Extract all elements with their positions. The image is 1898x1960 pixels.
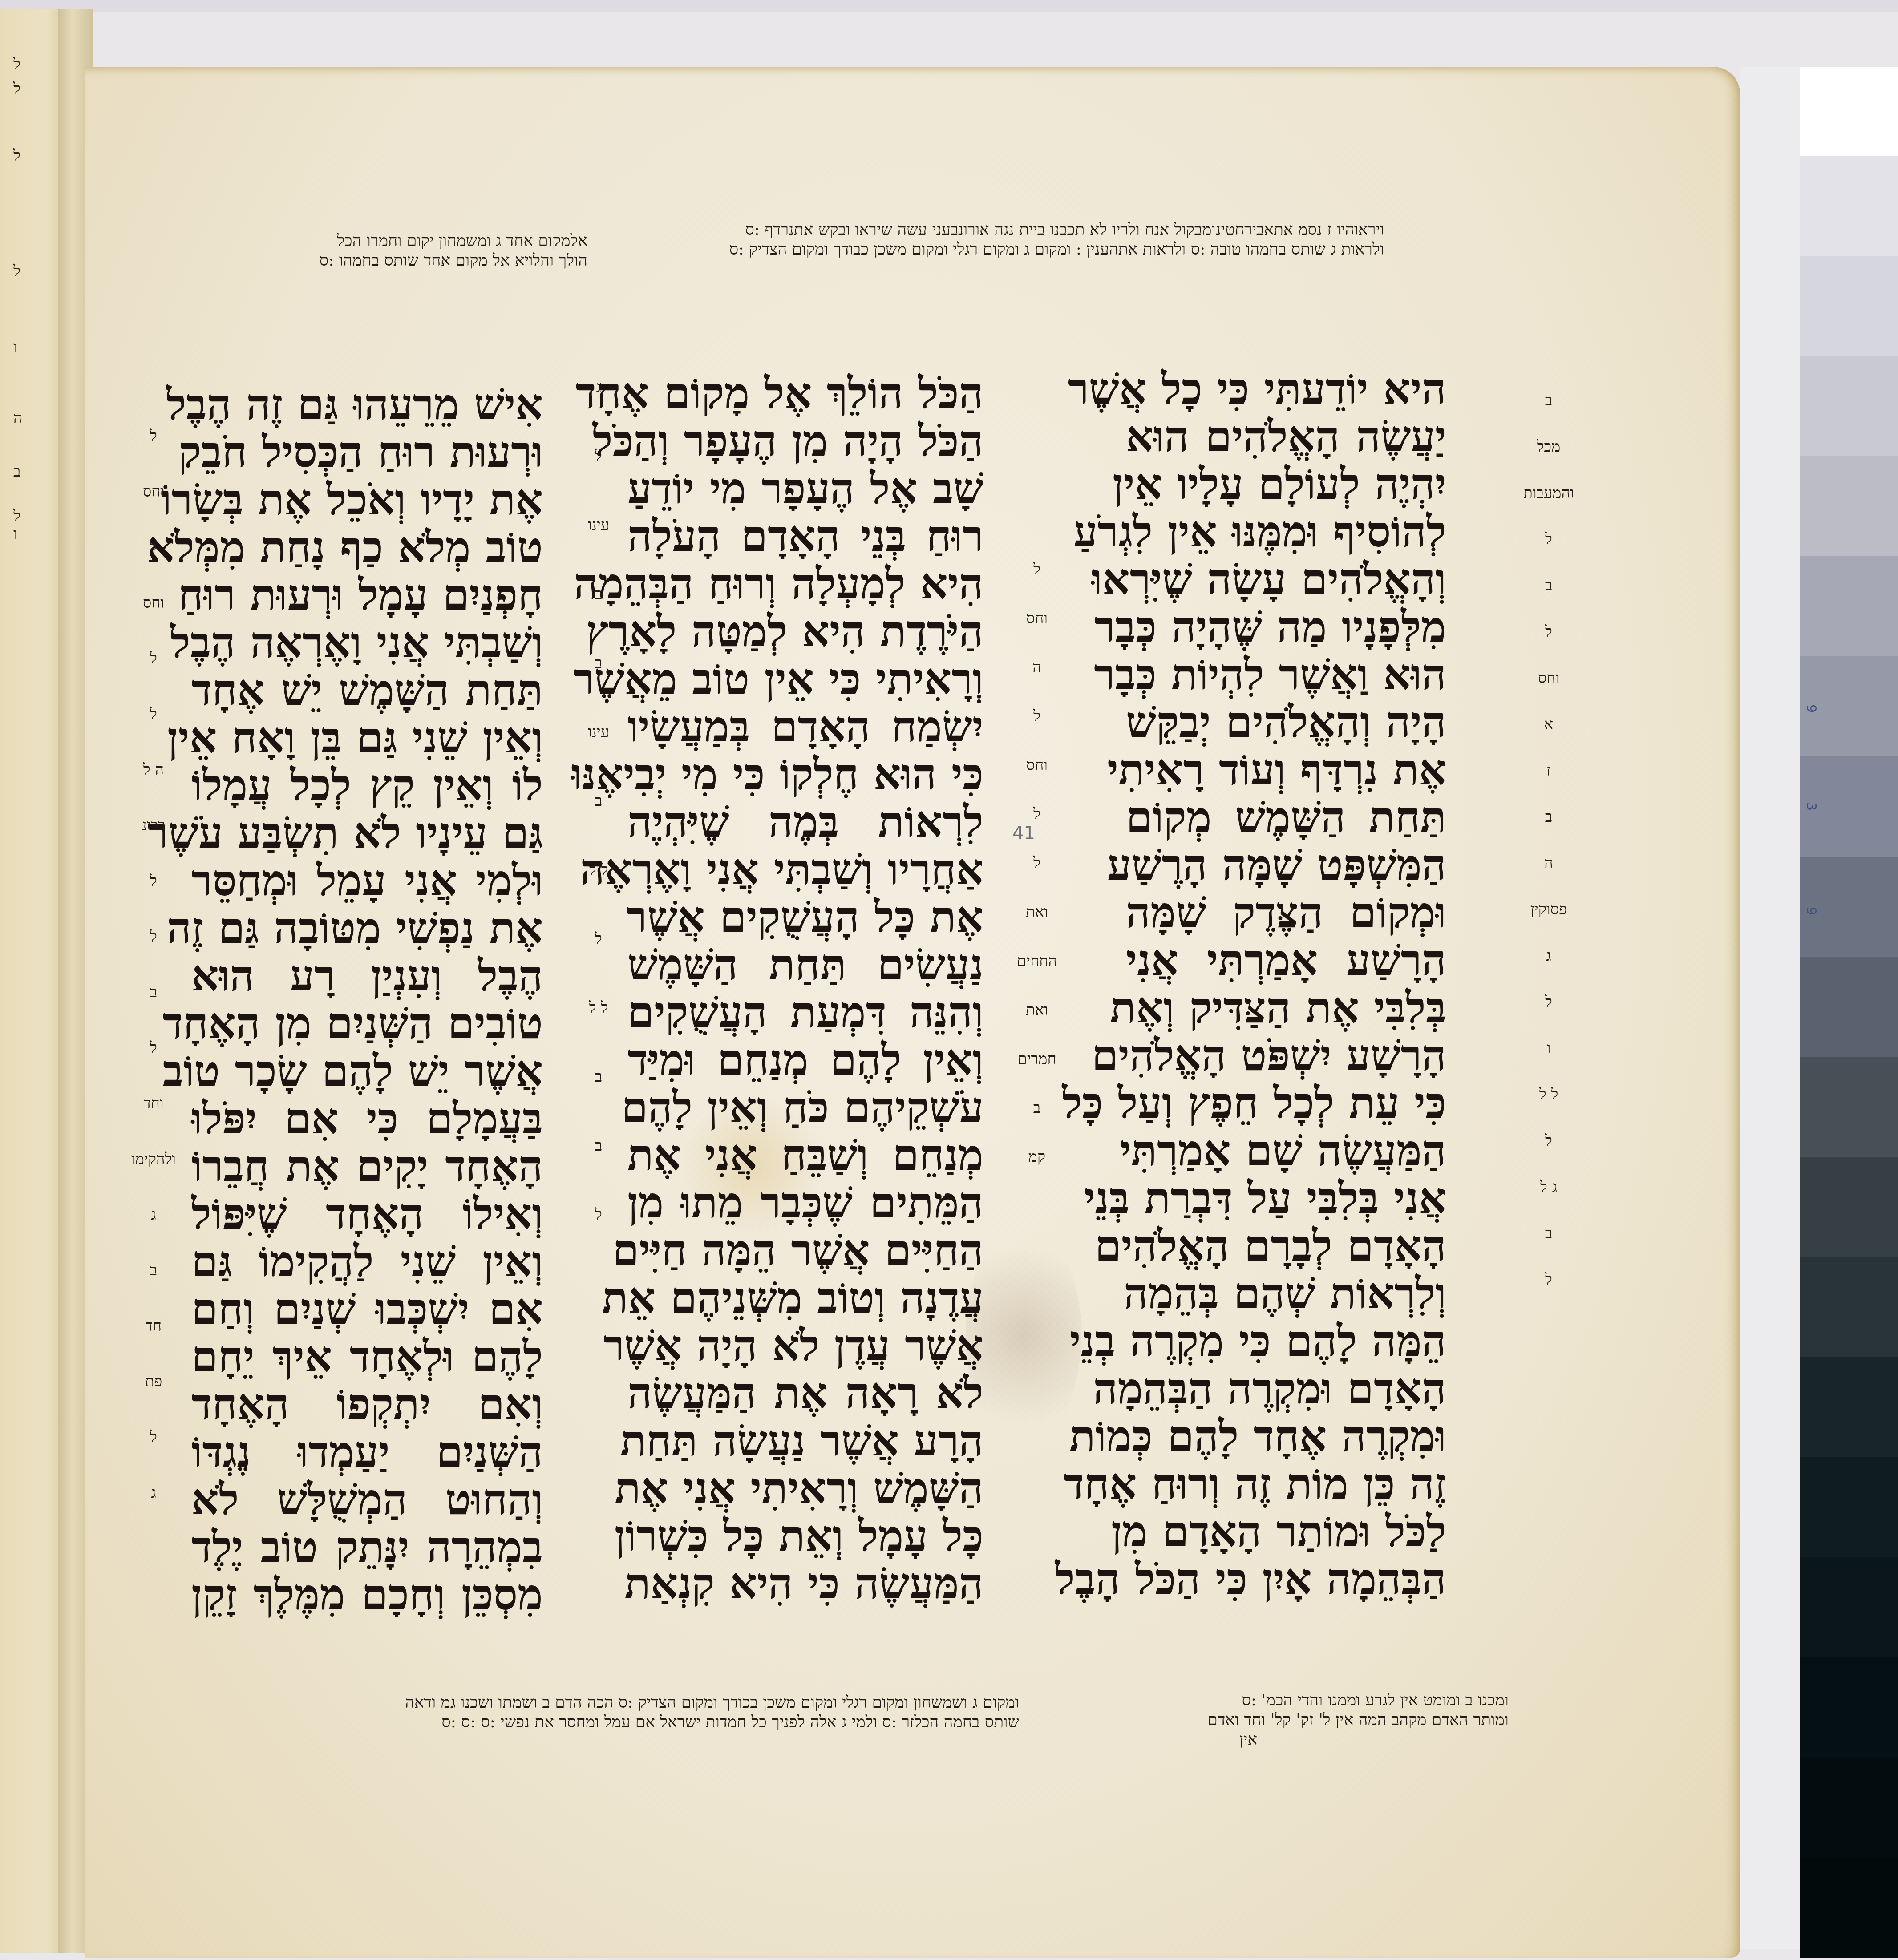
masorah-parva-note: פת [125, 1373, 182, 1407]
masorah-parva-note: ג [125, 1206, 182, 1241]
masorah-parva-note: החחים [1010, 952, 1064, 982]
text-column-right: היא יוֹדֵעתִּי כִּי כָל אֲשֶׁריַעֲשֶׂה ה… [1126, 365, 1446, 1603]
masorah-parva-note: ל [125, 650, 182, 684]
masorah-magna-bottom-right: ומכנו ב ומומט אין לגרע וממנו והדי הכמ' :… [1099, 1691, 1509, 1750]
text-line: וְאֵין שֵׁנִי גַּם בֵּן וָאָח אֵין [191, 714, 543, 761]
text-line: וְאֵין שֵׁנִי לַהֲקִימוֹ גַּם [191, 1237, 543, 1285]
text-line: וְרָאִיתִי כִּי אֵין טוֹב מֵאֲשֶׁר [627, 655, 983, 703]
masorah-parva-note: וחס [1010, 610, 1064, 640]
gray-scale-step [1800, 67, 1898, 156]
masorah-magna-top-left: אלמקום אחד ג ומשמחון יקום וחמרו הכל הולך… [205, 231, 587, 271]
text-line: וְהַחוּט הַמְשֻׁלָּשׁ לֹא [191, 1475, 543, 1523]
gray-scale-step [1800, 957, 1898, 1057]
text-line: הַכֹּל הָיָה מִן הֶעָפָר וְהַכֹּל [627, 417, 983, 465]
text-line: הַמִּשְׁפָּט שָׁמָּה הָרֶשַׁע [1126, 841, 1446, 889]
masorah-parva-note: ל [1010, 561, 1064, 591]
masorah-parva-note: ב [574, 792, 623, 835]
text-line: וְהָאֱלֹהִים עָשָׂה שֶׁיִּרְאוּ [1126, 555, 1446, 603]
prev-page-masorah: ו [13, 525, 17, 543]
text-line: לִרְאוֹת בְּמֶה שֶׁיִּהְיֶה [627, 798, 983, 845]
text-line: אֶת יָדָיו וְאֹכֵל אֶת בְּשָׂרוֹ [191, 476, 543, 523]
masorah-line: ולראות ג שותס בחמהו טובה :ס ולראות אתהענ… [619, 240, 1384, 259]
prev-page-masorah: ל [13, 147, 20, 165]
card-pencil-mark: 9 [1803, 907, 1819, 915]
pencil-folio-number: 41 [1012, 823, 1035, 844]
text-line: אֶת נַפְשִׁי מִטּוֹבָה גַּם זֶה [191, 904, 543, 952]
text-line: הָרָע אֲשֶׁר נַעֲשָׂה תַּחַת [627, 1417, 983, 1464]
masorah-parva-note: ז [1513, 762, 1584, 790]
masorah-line: ויראוהיו ז נסמ אתאבירחטינומבקול אנח ולרי… [619, 220, 1384, 240]
gray-scale-step [1800, 1057, 1898, 1157]
masorah-parva-note: ולהקימו [125, 1150, 182, 1185]
prev-page-masorah: ו [13, 338, 17, 356]
gray-scale-step [1800, 556, 1898, 656]
text-line: טוֹב מְלֹא כַף נָחַת מִמְּלֹא [191, 523, 543, 571]
gray-scale-step [1800, 156, 1898, 256]
masorah-parva-note: ל [1010, 854, 1064, 885]
masorah-parva-note: וחס [125, 594, 182, 629]
text-line: כִּי הוּא חֶלְקוֹ כִּי מִי יְבִיאֶנּוּ [627, 750, 983, 798]
masorah-line: אלמקום אחד ג ומשמחון יקום וחמרו הכל [205, 231, 587, 251]
text-line: מִלְּפָנָיו מַה שֶּׁהָיָה כְּבָר [1126, 603, 1446, 651]
text-line: יִהְיֶה לְעוֹלָם עָלָיו אֵין [1126, 460, 1446, 508]
masorah-parva-note: ל [1513, 1271, 1584, 1299]
masorah-parva-between-right-middle: לוחסהלוחסללואתהחחיםואתחמריםבקמ [1010, 561, 1064, 1197]
text-line: הָרָשַׁע אָמַרְתִּי אֲנִי [1126, 936, 1446, 984]
masorah-parva-note: ב [1513, 577, 1584, 605]
text-line: אֲשֶׁר יֵשׁ לָהֶם שָׂכָר טוֹב [191, 1047, 543, 1095]
text-line: בַּעֲמָלָם כִּי אִם יִפֹּלוּ [191, 1095, 543, 1142]
text-line: יִשְׂמַח הָאָדָם בְּמַעֲשָׂיו [627, 703, 983, 750]
masorah-parva-note: וחס [125, 483, 182, 517]
masorah-parva-note: ב [574, 1068, 623, 1111]
text-line: אֲשֶׁר עֲדֶן לֹא הָיָה אֲשֶׁר [627, 1321, 983, 1369]
text-line: גַּם עֵינָיו לֹא תִשְׂבַּע עֹשֶׁר [191, 809, 543, 857]
text-line: מְנַחֵם וְשַׁבֵּחַ אֲנִי אֶת [627, 1131, 983, 1179]
masorah-parva-note: ל [574, 447, 623, 490]
masorah-parva-note: ב [1513, 392, 1584, 420]
text-line: בִמְהֵרָה יִנָּתֵק טוֹב יֶלֶד [191, 1523, 543, 1571]
masorah-parva-note: ל [1010, 707, 1064, 738]
text-line: טוֹבִים הַשְּׁנַיִם מִן הָאֶחָד [191, 999, 543, 1047]
masorah-parva-note: ג [574, 378, 623, 421]
scan-background-top [0, 0, 1898, 12]
masorah-parva-note: ואת [1010, 903, 1064, 934]
scan-background-right [1740, 67, 1800, 1949]
prev-page-masorah: ל [13, 80, 20, 98]
masorah-parva-note: וחד [125, 1095, 182, 1129]
masorah-parva-note: ל [574, 1206, 623, 1249]
text-line: עֲדֶנָה וְטוֹב מִשְּׁנֵיהֶם אֵת [627, 1274, 983, 1321]
masorah-parva-note: ה ל [125, 761, 182, 796]
masorah-parva-note: וחס [1010, 756, 1064, 787]
prev-page-masorah: ל [13, 56, 20, 73]
gray-scale-step [1800, 1657, 1898, 1758]
masorah-parva-note: ו [1513, 1039, 1584, 1068]
masorah-parva-note: וחס [1513, 669, 1584, 698]
prev-page-masorah: ל [13, 507, 20, 525]
masorah-parva-note: פסוקין [1513, 901, 1584, 929]
masorah-parva-note: ב [125, 1261, 182, 1296]
masorah-line: ומותר האדם מקהב המה אין ל' זק' קל' וחד ו… [1099, 1710, 1509, 1730]
text-line: וְאֵין לָהֶם מְנַחֵם וּמִיַּד [627, 1036, 983, 1083]
text-line: הָאָדָם וּמִקְרֶה הַבְּהֵמָה [1126, 1365, 1446, 1412]
text-line: תַּחַת הַשָּׁמֶשׁ מְקוֹם [1126, 793, 1446, 841]
text-line: וּלְמִי אֲנִי עָמֵל וּמְחַסֵּר [191, 857, 543, 904]
text-line: הַמַּעֲשֶׂה שָׁם אָמַרְתִּי [1126, 1127, 1446, 1174]
text-line: הַחַיִּים אֲשֶׁר הֵמָּה חַיִּים [627, 1226, 983, 1274]
text-line: הִיא לְמָעְלָה וְרוּחַ הַבְּהֵמָה [627, 560, 983, 607]
masorah-parva-note: ב [574, 1137, 623, 1180]
masorah-parva-left: לוחסלוחסללה לבבינללבלוחדולהקימוגבחדפתלג [125, 427, 182, 1540]
gray-scale-step [1800, 1357, 1898, 1457]
text-line: נַעֲשִׂים תַּחַת הַשָּׁמֶשׁ [627, 941, 983, 988]
gray-scale-step [1800, 1457, 1898, 1557]
text-line: וּמִקְרֶה אֶחָד לָהֶם כְּמוֹת [1126, 1412, 1446, 1460]
masorah-line: אין [1099, 1730, 1509, 1750]
masorah-parva-note: ה [1513, 854, 1584, 883]
text-line: הוּא וַאֲשֶׁר לִהְיוֹת כְּבָר [1126, 651, 1446, 698]
masorah-parva-right: במכלוהמעבותלבלוחסאזבהפסוקיןגלול ללג לבל [1513, 392, 1584, 1317]
text-line: וְשַׁבְתִּי אֲנִי וָאֶרְאֶה הֶבֶל [191, 618, 543, 666]
text-line: הָרָשָׁע יִשְׁפֹּט הָאֱלֹהִים [1126, 1031, 1446, 1079]
gray-scale-step [1800, 1157, 1898, 1257]
masorah-parva-note: ל [574, 930, 623, 973]
text-line: הָיָה וְהָאֱלֹהִים יְבַקֵּשׁ [1126, 698, 1446, 746]
masorah-line: ומכנו ב ומומט אין לגרע וממנו והדי הכמ' :… [1099, 1691, 1509, 1710]
prev-page-masorah: ב [13, 463, 20, 481]
text-line: הֶבֶל וְעִנְיַן רָע הוּא [191, 952, 543, 999]
text-line: הָאָדָם לְבָרָם הָאֱלֹהִים [1126, 1222, 1446, 1269]
masorah-parva-note: ב [1513, 1224, 1584, 1253]
masorah-parva-note: א [1513, 715, 1584, 744]
text-line: הַמֵּתִים שֶׁכְּבָר מֵתוּ מִן [627, 1179, 983, 1226]
text-line: אִם יִשְׁכְּבוּ שְׁנַיִם וְחַם [191, 1285, 543, 1333]
text-line: היא יוֹדֵעתִּי כִּי כָל אֲשֶׁר [1126, 365, 1446, 412]
text-line: זֶה כֵּן מוֹת זֶה וְרוּחַ אֶחָד [1126, 1460, 1446, 1507]
masorah-parva-note: ל [1513, 623, 1584, 651]
text-line: עֹשְׁקֵיהֶם כֹּחַ וְאֵין לָהֶם [627, 1083, 983, 1131]
text-line: לָהֶם וּלְאֶחָד אֵיךְ יֵחָם [191, 1333, 543, 1380]
gray-scale-step [1800, 256, 1898, 356]
text-line: שָׁב אֶל הֶעָפָר מִי יוֹדֵעַ [627, 465, 983, 512]
masorah-parva-note: ב [574, 654, 623, 697]
text-line: הַמַּעֲשֶׂה כִּי הִיא קִנְאַת [627, 1560, 983, 1607]
masorah-parva-note: ל [1513, 993, 1584, 1022]
masorah-magna-bottom-left: ומקום ג ושמשחון ומקום רגלי ומקום משכן בכ… [218, 1693, 1019, 1732]
masorah-parva-between-middle-left: גלעינובבעינובל ללל לבבל [574, 378, 623, 1275]
masorah-parva-note: והמעבות [1513, 484, 1584, 513]
text-line: אֶת כָּל הָעֲשֻׁקִים אֲשֶׁר [627, 893, 983, 941]
masorah-parva-note: ב [125, 983, 182, 1018]
masorah-parva-note: ל [1513, 530, 1584, 559]
card-pencil-mark: 9 [1803, 704, 1819, 713]
text-line: הָאֶחָד יָקִים אֶת חֲבֵרוֹ [191, 1142, 543, 1190]
previous-page-edge: ל ל ל ל ו ה ב ל ו [0, 9, 67, 1953]
masorah-line: ומקום ג ושמשחון ומקום רגלי ומקום משכן בכ… [218, 1693, 1019, 1713]
masorah-parva-note: ב [1513, 808, 1584, 837]
text-line: לְהוֹסִיף וּמִמֶּנּוּ אֵין לִגְרֹעַ [1126, 508, 1446, 555]
masorah-magna-top-right: ויראוהיו ז נסמ אתאבירחטינומבקול אנח ולרי… [619, 220, 1384, 259]
prev-page-masorah: ה [13, 409, 22, 427]
masorah-parva-note: ל [125, 538, 182, 573]
text-line: לֹא רָאָה אֶת הַמַּעֲשֶׂה [627, 1369, 983, 1417]
text-line: וּרְעוּת רוּחַ הַכְּסִיל חֹבֵק [191, 428, 543, 476]
text-line: לַכֹּל וּמוֹתַר הָאָדָם מִן [1126, 1507, 1446, 1555]
text-line: כָּל עָמָל וְאֵת כָּל כִּשְׁרוֹן [627, 1512, 983, 1560]
masorah-parva-note: ב [574, 585, 623, 628]
masorah-parva-note: קמ [1010, 1148, 1064, 1178]
text-line: וְלִרְאוֹת שְׁהֶם בְּהֵמָה [1126, 1269, 1446, 1317]
text-line: אִישׁ מֵרֵעֵהוּ גַּם זֶה הֶבֶל [191, 380, 543, 428]
text-line: הַכֹּל הוֹלֵךְ אֶל מָקוֹם אֶחָד [627, 369, 983, 417]
gray-scale-step [1800, 1758, 1898, 1858]
text-line: לוֹ וְאֵין קֵץ לְכָל עֲמָלוֹ [191, 761, 543, 809]
text-column-left: אִישׁ מֵרֵעֵהוּ גַּם זֶה הֶבֶלוּרְעוּת ר… [191, 380, 543, 1618]
text-line: כִּי עֵת לְכָל חֵפֶץ וְעַל כָּל [1126, 1079, 1446, 1127]
text-line: אֶת נִרְדָּף וְעוֹד רָאִיתִי [1126, 746, 1446, 793]
masorah-parva-note: ל [125, 1428, 182, 1463]
text-line: וְאִם יִתְקְפוֹ הָאֶחָד [191, 1380, 543, 1428]
masorah-line: הולך והלויא אל מקום אחד שותס בחמהו :ס [205, 251, 587, 271]
card-pencil-mark: 3 [1803, 802, 1819, 811]
text-line: יַעֲשֶׂה הָאֱלֹהִים הוּא [1126, 412, 1446, 460]
text-column-middle: הַכֹּל הוֹלֵךְ אֶל מָקוֹם אֶחָדהַכֹּל הָ… [627, 369, 983, 1607]
masorah-parva-note: ל ל [574, 861, 623, 904]
text-line: וְאִילוֹ הָאֶחָד שֶׁיִּפּוֹל [191, 1190, 543, 1237]
masorah-parva-note: ל ל [574, 999, 623, 1042]
text-line: חָפְנַיִם עָמָל וּרְעוּת רוּחַ [191, 571, 543, 618]
masorah-parva-note: חד [125, 1317, 182, 1352]
masorah-parva-note: ל [125, 928, 182, 962]
gray-scale-step [1800, 356, 1898, 456]
masorah-parva-note: ל [125, 427, 182, 462]
prev-page-masorah: ל [13, 263, 20, 280]
masorah-parva-note: ג [125, 1484, 182, 1519]
masorah-parva-note: עינו [574, 516, 623, 559]
masorah-parva-note: ג ל [1513, 1178, 1584, 1207]
masorah-parva-note: ה [1010, 659, 1064, 689]
text-line: הֵמָּה לָהֶם כִּי מִקְרֶה בְנֵי [1126, 1317, 1446, 1365]
masorah-parva-note: חמרים [1010, 1050, 1064, 1080]
masorah-parva-note: ל [1513, 1132, 1584, 1160]
text-line: בְּלִבִּי אֶת הַצַּדִּיק וְאֶת [1126, 984, 1446, 1031]
masorah-parva-note: ל [125, 1039, 182, 1074]
masorah-parva-note: ל [125, 705, 182, 740]
gray-scale-step [1800, 1257, 1898, 1357]
masorah-line: שותס בחמה הכלזר :ס ולמי ג אלה לפניך כל ח… [218, 1713, 1019, 1732]
text-line: הַבְּהֵמָה אָיִן כִּי הַכֹּל הָבֶל [1126, 1555, 1446, 1603]
masorah-parva-note: ג [1513, 947, 1584, 975]
text-line: הַשְּׁנַיִם יַעַמְדוּ נֶגְדּוֹ [191, 1428, 543, 1475]
masorah-parva-note: ואת [1010, 1001, 1064, 1031]
text-line: וְהִנֵּה דִּמְעַת הָעֲשֻׁקִים [627, 988, 983, 1036]
masorah-parva-note: ל [125, 872, 182, 907]
text-line: אֲנִי בְּלִבִּי עַל דִּבְרַת בְּנֵי [1126, 1174, 1446, 1222]
text-line: רוּחַ בְּנֵי הָאָדָם הָעֹלָה [627, 512, 983, 560]
text-line: הַשָּׁמֶשׁ וְרָאִיתִי אֲנִי אֶת [627, 1464, 983, 1512]
text-line: הַיֹּרֶדֶת הִיא לְמַטָּה לָאָרֶץ [627, 607, 983, 655]
masorah-parva-note: עינו [574, 723, 623, 766]
gray-scale-step [1800, 1557, 1898, 1657]
text-line: תַּחַת הַשָּׁמֶשׁ יֵשׁ אֶחָד [191, 666, 543, 714]
gray-scale-calibration-card [1800, 67, 1898, 1960]
gray-scale-step [1800, 456, 1898, 556]
gray-scale-step [1800, 1858, 1898, 1958]
masorah-parva-note: מכל [1513, 438, 1584, 466]
masorah-parva-note: ל ל [1513, 1086, 1584, 1114]
text-line: אַחֲרָיו וְשַׁבְתִּי אֲנִי וָאֶרְאֶה [627, 845, 983, 893]
text-line: וּמְקוֹם הַצֶּדֶק שָׁמָּה [1126, 889, 1446, 936]
masorah-parva-note: בבינ [125, 816, 182, 851]
masorah-parva-note: ב [1010, 1099, 1064, 1129]
text-line: מִסְכֵּן וְחָכָם מִמֶּלֶךְ זָקֵן [191, 1571, 543, 1618]
